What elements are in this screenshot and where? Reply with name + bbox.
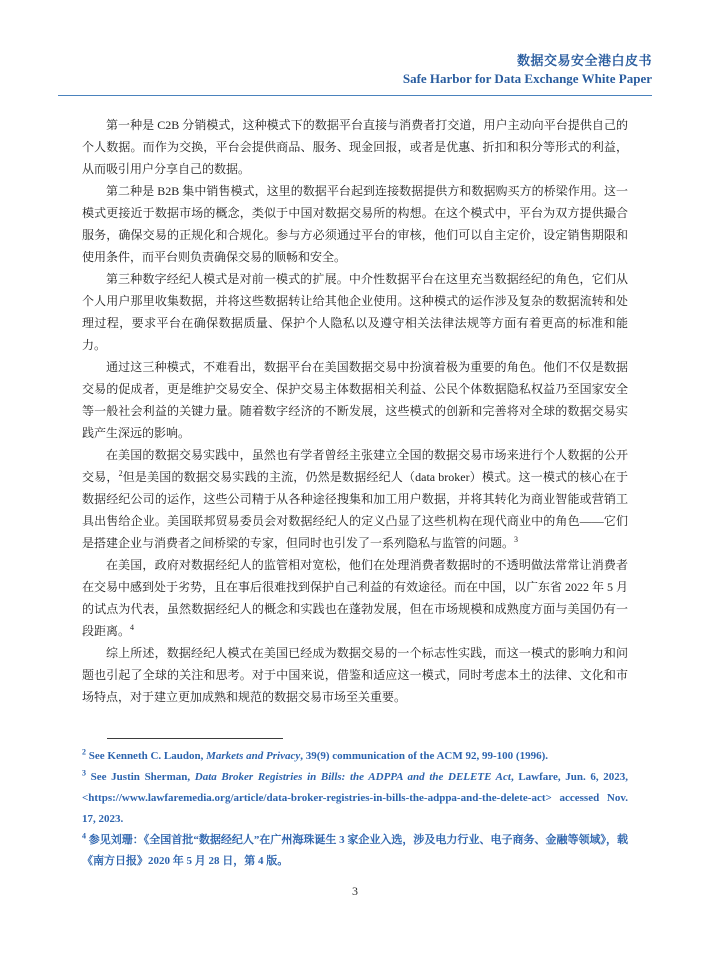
paragraph-text: 综上所述，数据经纪人模式在美国已经成为数据交易的一个标志性实践，而这一模式的影响… [82, 646, 628, 704]
paragraph: 第二种是 B2B 集中销售模式，这里的数据平台起到连接数据提供方和数据购买方的桥… [82, 180, 628, 268]
document-page: 数据交易安全港白皮书 Safe Harbor for Data Exchange… [0, 0, 710, 963]
citation-title: Data Broker Registries in Bills: the ADP… [195, 771, 511, 783]
footnote-number: 4 [82, 831, 86, 840]
footnote-text: See Justin Sherman, [91, 771, 195, 783]
header-title-zh: 数据交易安全港白皮书 [58, 52, 652, 70]
paragraph-text: 在美国，政府对数据经纪人的监管相对宽松，他们在处理消费者数据时的不透明做法常常让… [82, 558, 628, 638]
document-body: 第一种是 C2B 分销模式，这种模式下的数据平台直接与消费者打交道，用户主动向平… [82, 114, 628, 708]
paragraph: 第一种是 C2B 分销模式，这种模式下的数据平台直接与消费者打交道，用户主动向平… [82, 114, 628, 180]
footnote-text: See Kenneth C. Laudon, [89, 750, 206, 762]
paragraph-text: 但是美国的数据交易实践的主流，仍然是数据经纪人（data broker）模式。这… [82, 470, 628, 550]
footnote-marker: 4 [130, 623, 134, 632]
paragraph-text: 第三种数字经纪人模式是对前一模式的扩展。中介性数据平台在这里充当数据经纪的角色，… [82, 272, 628, 352]
page-header: 数据交易安全港白皮书 Safe Harbor for Data Exchange… [58, 52, 652, 96]
paragraph: 第三种数字经纪人模式是对前一模式的扩展。中介性数据平台在这里充当数据经纪的角色，… [82, 268, 628, 356]
citation-title: Markets and Privacy [206, 750, 300, 762]
paragraph-text: 通过这三种模式，不难看出，数据平台在美国数据交易中扮演着极为重要的角色。他们不仅… [82, 360, 628, 440]
page-number: 3 [0, 884, 710, 899]
footnote: 2 See Kenneth C. Laudon, Markets and Pri… [82, 746, 628, 767]
paragraph: 综上所述，数据经纪人模式在美国已经成为数据交易的一个标志性实践，而这一模式的影响… [82, 642, 628, 708]
header-title-en: Safe Harbor for Data Exchange White Pape… [58, 70, 652, 88]
paragraph: 在美国的数据交易实践中，虽然也有学者曾经主张建立全国的数据交易市场来进行个人数据… [82, 444, 628, 554]
paragraph: 通过这三种模式，不难看出，数据平台在美国数据交易中扮演着极为重要的角色。他们不仅… [82, 356, 628, 444]
footnote: 3 See Justin Sherman, Data Broker Regist… [82, 767, 628, 830]
footnote-list: 2 See Kenneth C. Laudon, Markets and Pri… [82, 746, 628, 872]
footnote-number: 2 [82, 747, 86, 756]
footnote-separator [107, 738, 283, 739]
footnote-marker: 3 [514, 535, 518, 544]
paragraph-text: 第二种是 B2B 集中销售模式，这里的数据平台起到连接数据提供方和数据购买方的桥… [82, 184, 628, 264]
paragraph: 在美国，政府对数据经纪人的监管相对宽松，他们在处理消费者数据时的不透明做法常常让… [82, 554, 628, 642]
footnote-number: 3 [82, 768, 86, 777]
footnote: 4 参见刘珊：《全国首批“数据经纪人”在广州海珠诞生 3 家企业入选，涉及电力行… [82, 830, 628, 872]
footnote-text: 参见刘珊：《全国首批“数据经纪人”在广州海珠诞生 3 家企业入选，涉及电力行业、… [82, 834, 628, 867]
footnote-text: , 39(9) communication of the ACM 92, 99-… [300, 750, 548, 762]
paragraph-text: 第一种是 C2B 分销模式，这种模式下的数据平台直接与消费者打交道，用户主动向平… [82, 118, 628, 176]
footnote-section: 2 See Kenneth C. Laudon, Markets and Pri… [82, 738, 628, 872]
